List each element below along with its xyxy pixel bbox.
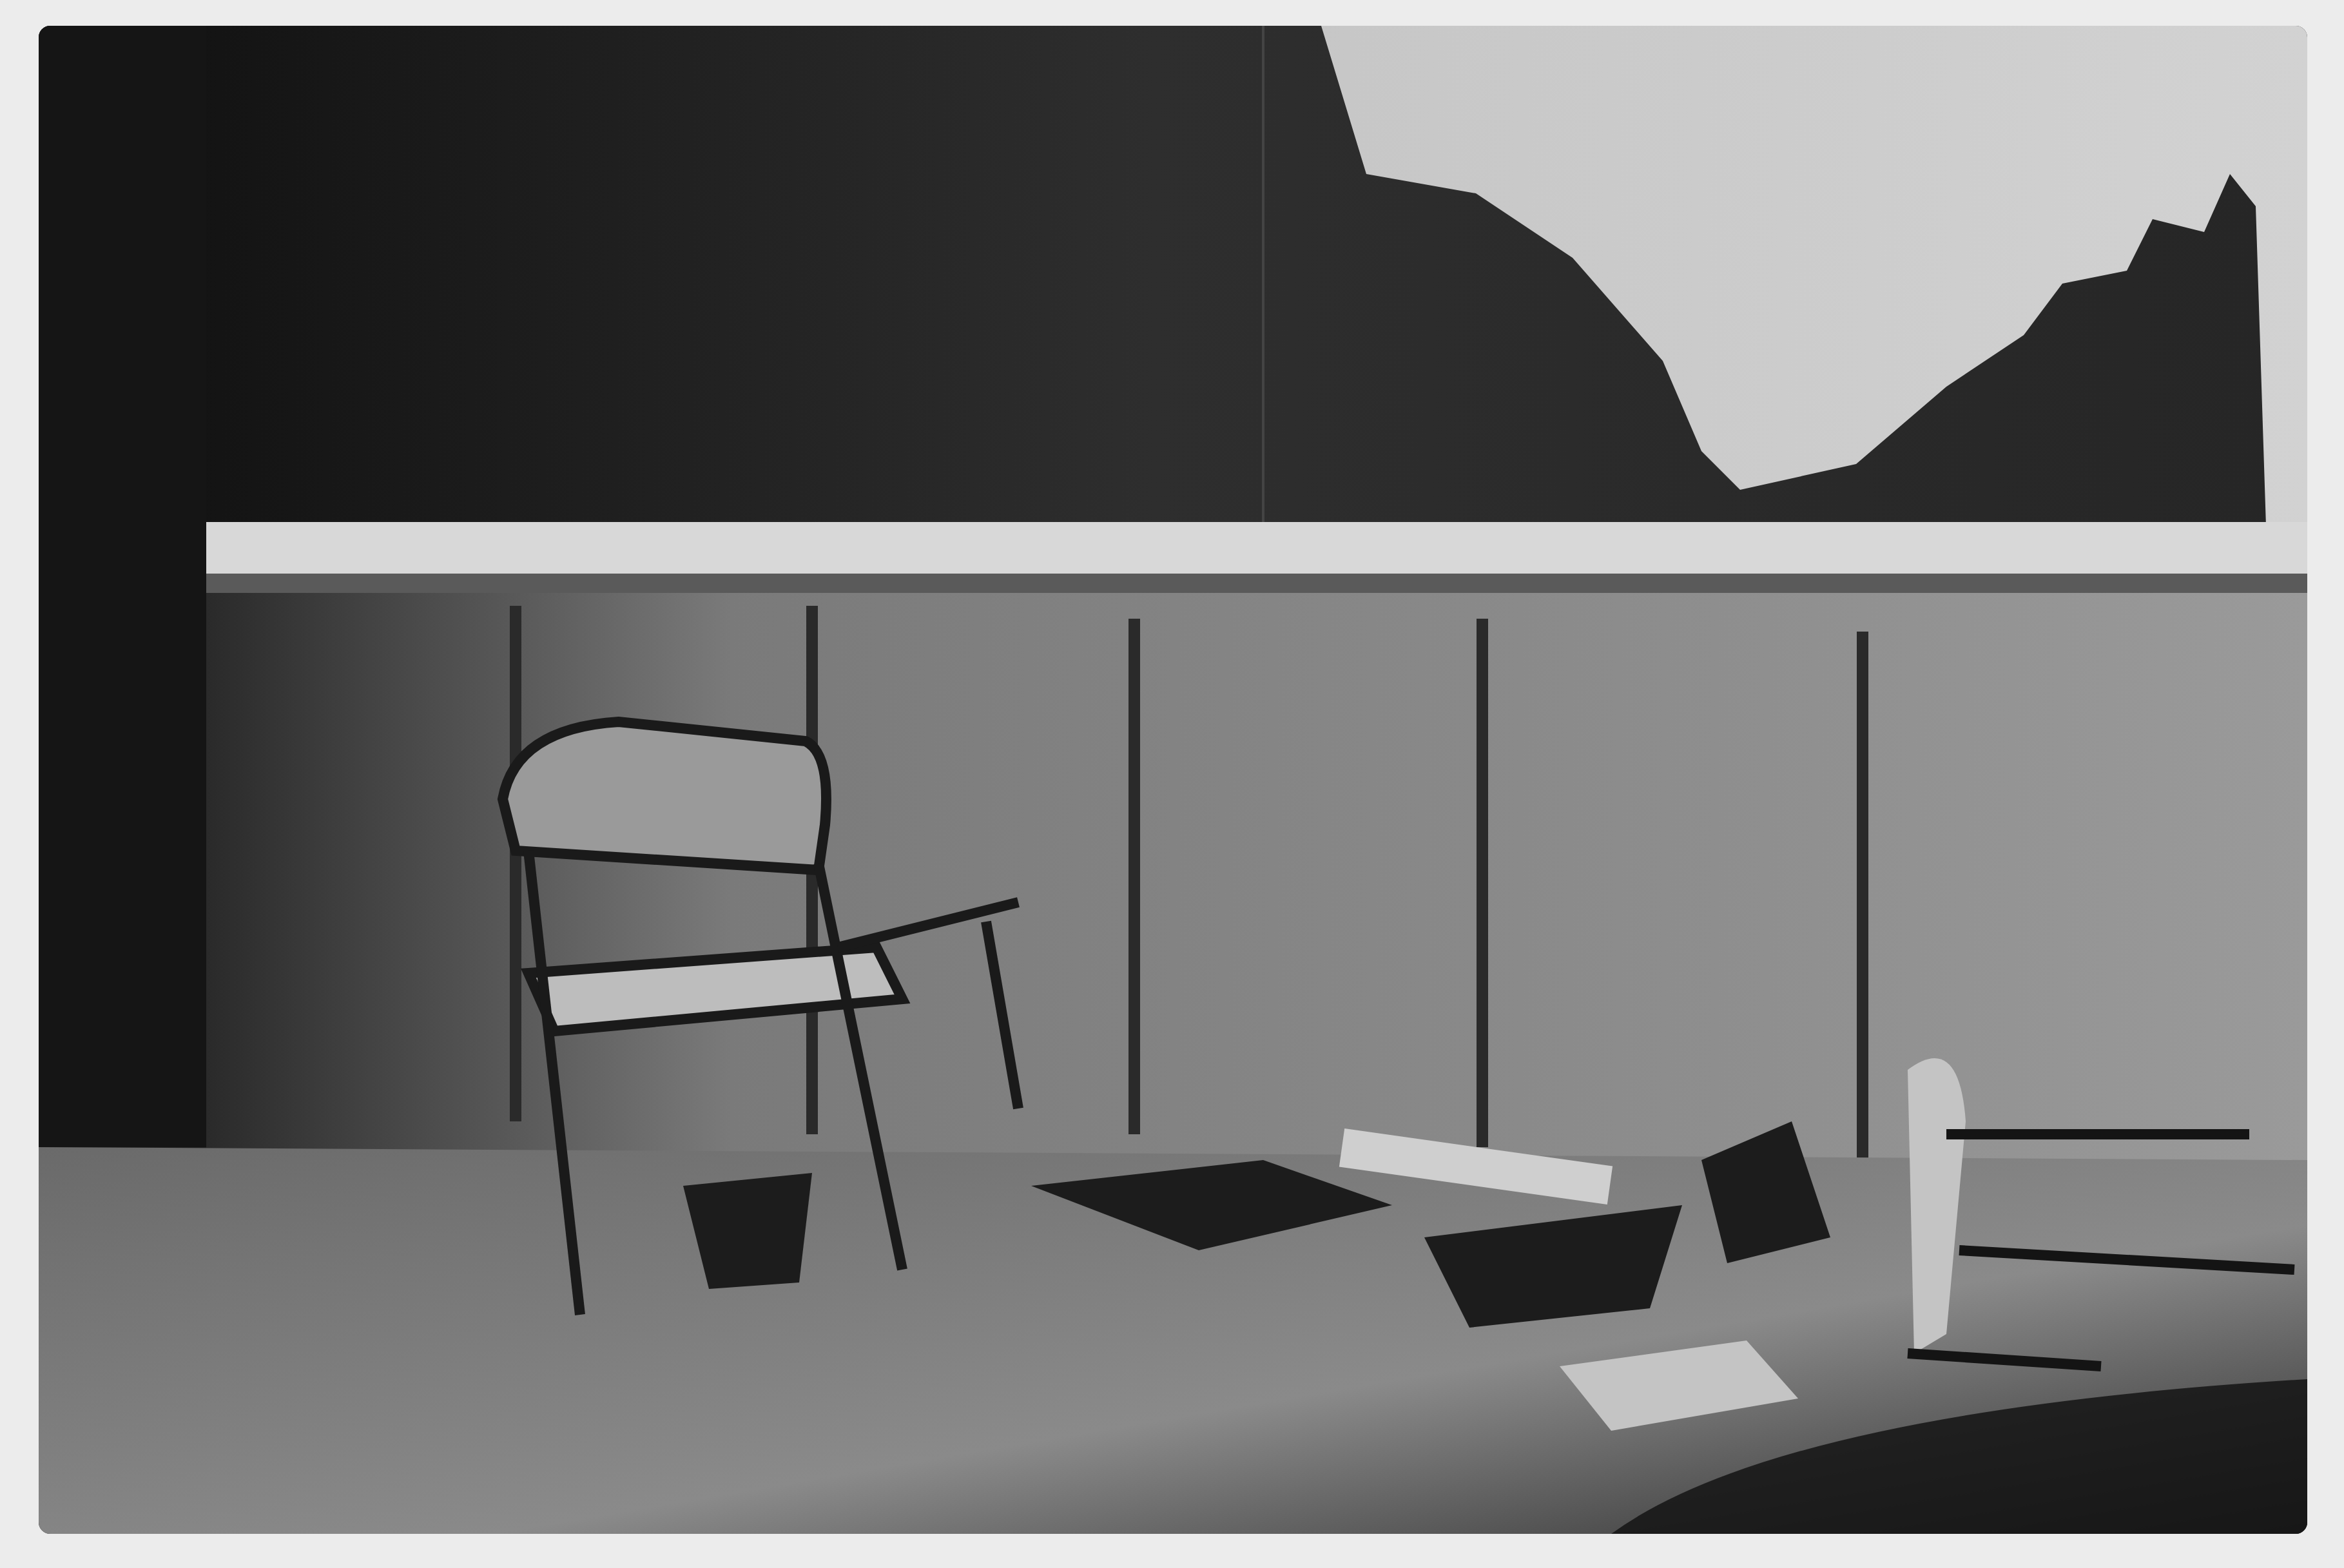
photograph (39, 26, 2307, 1534)
chalk-ledge (206, 522, 2307, 574)
doorway-shadow (39, 26, 206, 1147)
classroom-scene (39, 26, 2307, 1534)
